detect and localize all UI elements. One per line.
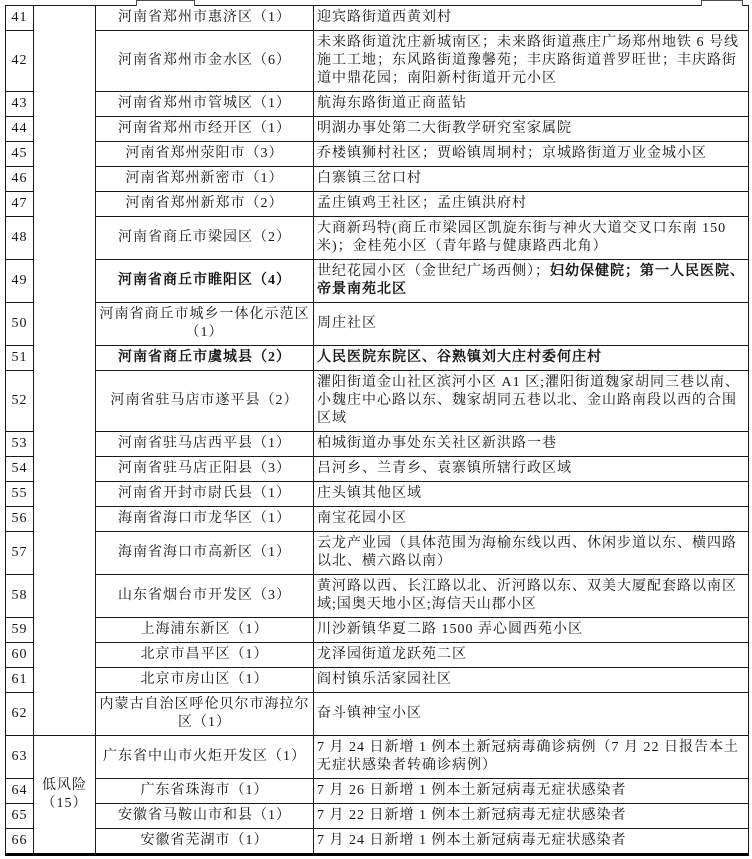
table-row: 61北京市房山区（1）阎村镇乐活家园社区 — [6, 668, 749, 693]
region-cell: 广东省珠海市（1） — [96, 779, 314, 804]
detail-cell: 阎村镇乐活家园社区 — [314, 668, 749, 693]
row-number: 46 — [6, 167, 34, 192]
region-cell: 河南省商丘市虞城县（2） — [96, 346, 314, 371]
detail-cell: 大商新玛特(商丘市梁园区凯旋东街与神火大道交叉口东南 150 米)；金桂苑小区（… — [314, 217, 749, 260]
detail-text-bold: 人民医院东院区、谷熟镇刘大庄村委何庄村 — [317, 350, 602, 365]
region-cell: 河南省郑州市金水区（6） — [96, 31, 314, 92]
detail-text: 白寨镇三岔口村 — [317, 171, 422, 186]
table-row: 52河南省驻马店市遂平县（2）灈阳街道金山社区滨河小区 A1 区;灈阳街道魏家胡… — [6, 371, 749, 432]
table-row: 51河南省商丘市虞城县（2）人民医院东院区、谷熟镇刘大庄村委何庄村 — [6, 346, 749, 371]
row-number: 55 — [6, 482, 34, 507]
detail-cell: 世纪花园小区（金世纪广场西侧）；妇幼保健院；第一人民医院、帝景南苑北区 — [314, 260, 749, 303]
row-number: 65 — [6, 804, 34, 829]
region-cell: 河南省驻马店正阳县（3） — [96, 457, 314, 482]
risk-area-table: 41河南省郑州市惠济区（1）迎宾路街道西黄刘村42河南省郑州市金水区（6）未来路… — [5, 5, 749, 856]
detail-text: 奋斗镇神宝小区 — [317, 706, 422, 721]
region-cell: 河南省郑州新密市（1） — [96, 167, 314, 192]
cropped-row-fragment-left — [136, 0, 195, 6]
region-cell: 河南省郑州市惠济区（1） — [96, 6, 314, 31]
region-cell: 河南省商丘市梁园区（2） — [96, 217, 314, 260]
region-cell: 广东省中山市火炬开发区（1） — [96, 736, 314, 779]
row-number: 62 — [6, 693, 34, 736]
row-number: 66 — [6, 829, 34, 855]
row-number: 64 — [6, 779, 34, 804]
region-cell: 安徽省马鞍山市和县（1） — [96, 804, 314, 829]
region-cell: 河南省商丘市睢阳区（4） — [96, 260, 314, 303]
table-row: 46河南省郑州新密市（1）白寨镇三岔口村 — [6, 167, 749, 192]
detail-cell: 7 月 24 日新增 1 例本土新冠病毒无症状感染者 — [314, 829, 749, 855]
table-row: 59上海浦东新区（1）川沙新镇华夏二路 1500 弄心圆西苑小区 — [6, 618, 749, 643]
detail-text: 明湖办事处第二大街教学研究室家属院 — [317, 121, 572, 136]
detail-cell: 迎宾路街道西黄刘村 — [314, 6, 749, 31]
row-number: 56 — [6, 507, 34, 532]
detail-text: 柏城街道办事处东关社区新洪路一巷 — [317, 436, 557, 451]
row-number: 59 — [6, 618, 34, 643]
detail-cell: 未来路街道沈庄新城南区；未来路街道燕庄广场郑州地铁 6 号线施工工地；东风路街道… — [314, 31, 749, 92]
detail-text: 龙泽园街道龙跃苑二区 — [317, 647, 467, 662]
detail-text: 7 月 22 日新增 1 例本土新冠病毒无症状感染者 — [317, 808, 627, 823]
risk-level-cell — [34, 6, 96, 736]
table-row: 42河南省郑州市金水区（6）未来路街道沈庄新城南区；未来路街道燕庄广场郑州地铁 … — [6, 31, 749, 92]
detail-cell: 川沙新镇华夏二路 1500 弄心圆西苑小区 — [314, 618, 749, 643]
detail-cell: 周庄社区 — [314, 303, 749, 346]
table-row: 54河南省驻马店正阳县（3）吕河乡、兰青乡、袁寨镇所辖行政区域 — [6, 457, 749, 482]
detail-text: 南宝花园小区 — [317, 511, 407, 526]
row-number: 44 — [6, 117, 34, 142]
region-cell: 北京市昌平区（1） — [96, 643, 314, 668]
detail-cell: 南宝花园小区 — [314, 507, 749, 532]
detail-text: 川沙新镇华夏二路 1500 弄心圆西苑小区 — [317, 622, 583, 637]
row-number: 43 — [6, 92, 34, 117]
cropped-row-fragment-right — [701, 0, 743, 6]
region-cell: 河南省驻马店市遂平县（2） — [96, 371, 314, 432]
table-row: 62内蒙古自治区呼伦贝尔市海拉尔区（1）奋斗镇神宝小区 — [6, 693, 749, 736]
detail-text: 世纪花园小区（金世纪广场西侧）； — [317, 264, 550, 279]
detail-text: 乔楼镇狮村社区；贾峪镇周垌村；京城路街道万业金城小区 — [317, 146, 707, 161]
region-cell: 河南省郑州新郑市（2） — [96, 192, 314, 217]
detail-cell: 黄河路以西、长江路以北、沂河路以东、双美大厦配套路以南区域;国奥天地小区;海信天… — [314, 575, 749, 618]
table-row: 41河南省郑州市惠济区（1）迎宾路街道西黄刘村 — [6, 6, 749, 31]
detail-cell: 乔楼镇狮村社区；贾峪镇周垌村；京城路街道万业金城小区 — [314, 142, 749, 167]
region-cell: 安徽省芜湖市（1） — [96, 829, 314, 855]
region-cell: 河南省郑州市管城区（1） — [96, 92, 314, 117]
detail-cell: 白寨镇三岔口村 — [314, 167, 749, 192]
region-cell: 内蒙古自治区呼伦贝尔市海拉尔区（1） — [96, 693, 314, 736]
row-number: 60 — [6, 643, 34, 668]
detail-cell: 柏城街道办事处东关社区新洪路一巷 — [314, 432, 749, 457]
row-number: 63 — [6, 736, 34, 779]
detail-cell: 人民医院东院区、谷熟镇刘大庄村委何庄村 — [314, 346, 749, 371]
table-row: 60北京市昌平区（1）龙泽园街道龙跃苑二区 — [6, 643, 749, 668]
detail-text: 云龙产业园（具体范围为海榆东线以西、休闲步道以东、横四路以北、横六路以南） — [317, 536, 737, 569]
detail-cell: 航海东路街道正商蓝钻 — [314, 92, 749, 117]
detail-cell: 吕河乡、兰青乡、袁寨镇所辖行政区域 — [314, 457, 749, 482]
detail-cell: 7 月 26 日新增 1 例本土新冠病毒无症状感染者 — [314, 779, 749, 804]
detail-cell: 7 月 22 日新增 1 例本土新冠病毒无症状感染者 — [314, 804, 749, 829]
detail-cell: 明湖办事处第二大街教学研究室家属院 — [314, 117, 749, 142]
detail-text: 孟庄镇鸡王社区；孟庄镇洪府村 — [317, 196, 527, 211]
table-row: 44河南省郑州市经开区（1）明湖办事处第二大街教学研究室家属院 — [6, 117, 749, 142]
region-cell: 河南省开封市尉氏县（1） — [96, 482, 314, 507]
detail-text: 7 月 24 日新增 1 例本土新冠病毒无症状感染者 — [317, 833, 627, 848]
detail-text: 吕河乡、兰青乡、袁寨镇所辖行政区域 — [317, 461, 572, 476]
table-row: 57海南省海口市高新区（1）云龙产业园（具体范围为海榆东线以西、休闲步道以东、横… — [6, 532, 749, 575]
row-number: 50 — [6, 303, 34, 346]
row-number: 49 — [6, 260, 34, 303]
document-page: 41河南省郑州市惠济区（1）迎宾路街道西黄刘村42河南省郑州市金水区（6）未来路… — [0, 0, 752, 859]
table-row: 58山东省烟台市开发区（3）黄河路以西、长江路以北、沂河路以东、双美大厦配套路以… — [6, 575, 749, 618]
row-number: 48 — [6, 217, 34, 260]
table-row: 49河南省商丘市睢阳区（4）世纪花园小区（金世纪广场西侧）；妇幼保健院；第一人民… — [6, 260, 749, 303]
region-cell: 山东省烟台市开发区（3） — [96, 575, 314, 618]
region-cell: 上海浦东新区（1） — [96, 618, 314, 643]
detail-cell: 云龙产业园（具体范围为海榆东线以西、休闲步道以东、横四路以北、横六路以南） — [314, 532, 749, 575]
detail-text: 庄头镇其他区域 — [317, 486, 422, 501]
detail-text: 7 月 24 日新增 1 例本土新冠病毒确诊病例（7 月 22 日报告本土无症状… — [317, 740, 739, 773]
detail-cell: 7 月 24 日新增 1 例本土新冠病毒确诊病例（7 月 22 日报告本土无症状… — [314, 736, 749, 779]
detail-text: 未来路街道沈庄新城南区；未来路街道燕庄广场郑州地铁 6 号线施工工地；东风路街道… — [317, 35, 739, 86]
region-cell: 河南省郑州市经开区（1） — [96, 117, 314, 142]
row-number: 57 — [6, 532, 34, 575]
table-row: 50河南省商丘市城乡一体化示范区（1）周庄社区 — [6, 303, 749, 346]
row-number: 41 — [6, 6, 34, 31]
row-number: 51 — [6, 346, 34, 371]
risk-level-cell: 低风险（15） — [34, 736, 96, 855]
table-row: 53河南省驻马店西平县（1）柏城街道办事处东关社区新洪路一巷 — [6, 432, 749, 457]
detail-cell: 龙泽园街道龙跃苑二区 — [314, 643, 749, 668]
row-number: 45 — [6, 142, 34, 167]
row-number: 61 — [6, 668, 34, 693]
region-cell: 河南省商丘市城乡一体化示范区（1） — [96, 303, 314, 346]
region-cell: 北京市房山区（1） — [96, 668, 314, 693]
detail-cell: 孟庄镇鸡王社区；孟庄镇洪府村 — [314, 192, 749, 217]
row-number: 58 — [6, 575, 34, 618]
detail-cell: 奋斗镇神宝小区 — [314, 693, 749, 736]
region-cell: 河南省驻马店西平县（1） — [96, 432, 314, 457]
table-row: 48河南省商丘市梁园区（2）大商新玛特(商丘市梁园区凯旋东街与神火大道交叉口东南… — [6, 217, 749, 260]
detail-text: 阎村镇乐活家园社区 — [317, 672, 452, 687]
detail-text: 周庄社区 — [317, 316, 377, 331]
detail-text: 7 月 26 日新增 1 例本土新冠病毒无症状感染者 — [317, 783, 627, 798]
row-number: 53 — [6, 432, 34, 457]
detail-text: 航海东路街道正商蓝钻 — [317, 96, 467, 111]
detail-text: 迎宾路街道西黄刘村 — [317, 10, 452, 25]
row-number: 47 — [6, 192, 34, 217]
table-row: 63低风险（15）广东省中山市火炬开发区（1）7 月 24 日新增 1 例本土新… — [6, 736, 749, 779]
row-number: 54 — [6, 457, 34, 482]
detail-cell: 灈阳街道金山社区滨河小区 A1 区;灈阳街道魏家胡同三巷以南、小魏庄中心路以东、… — [314, 371, 749, 432]
region-cell: 河南省郑州荥阳市（3） — [96, 142, 314, 167]
table-row: 56海南省海口市龙华区（1）南宝花园小区 — [6, 507, 749, 532]
detail-text: 黄河路以西、长江路以北、沂河路以东、双美大厦配套路以南区域;国奥天地小区;海信天… — [317, 579, 737, 612]
detail-text: 灈阳街道金山社区滨河小区 A1 区;灈阳街道魏家胡同三巷以南、小魏庄中心路以东、… — [317, 375, 740, 426]
region-cell: 海南省海口市龙华区（1） — [96, 507, 314, 532]
table-row: 45河南省郑州荥阳市（3）乔楼镇狮村社区；贾峪镇周垌村；京城路街道万业金城小区 — [6, 142, 749, 167]
table-row: 64广东省珠海市（1）7 月 26 日新增 1 例本土新冠病毒无症状感染者 — [6, 779, 749, 804]
table-row: 55河南省开封市尉氏县（1）庄头镇其他区域 — [6, 482, 749, 507]
table-row: 66安徽省芜湖市（1）7 月 24 日新增 1 例本土新冠病毒无症状感染者 — [6, 829, 749, 855]
row-number: 42 — [6, 31, 34, 92]
detail-cell: 庄头镇其他区域 — [314, 482, 749, 507]
region-cell: 海南省海口市高新区（1） — [96, 532, 314, 575]
detail-text: 大商新玛特(商丘市梁园区凯旋东街与神火大道交叉口东南 150 米)；金桂苑小区（… — [317, 221, 726, 254]
table-body: 41河南省郑州市惠济区（1）迎宾路街道西黄刘村42河南省郑州市金水区（6）未来路… — [6, 6, 749, 855]
row-number: 52 — [6, 371, 34, 432]
table-row: 43河南省郑州市管城区（1）航海东路街道正商蓝钻 — [6, 92, 749, 117]
table-row: 65安徽省马鞍山市和县（1）7 月 22 日新增 1 例本土新冠病毒无症状感染者 — [6, 804, 749, 829]
table-row: 47河南省郑州新郑市（2）孟庄镇鸡王社区；孟庄镇洪府村 — [6, 192, 749, 217]
